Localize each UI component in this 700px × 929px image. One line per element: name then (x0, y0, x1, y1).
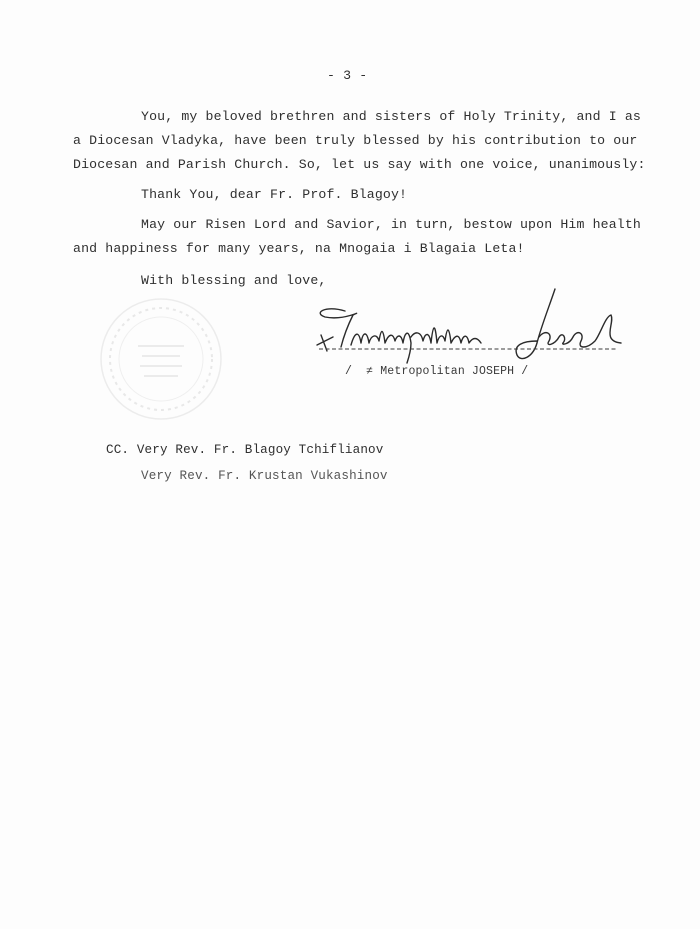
cc-recipient-1: CC. Very Rev. Fr. Blagoy Tchiflianov (106, 442, 383, 458)
paragraph-2: Thank You, dear Fr. Prof. Blagoy! (141, 187, 407, 203)
paragraph-1-line-2: a Diocesan Vladyka, have been truly bles… (73, 133, 637, 149)
paragraph-3-line-1: May our Risen Lord and Savior, in turn, … (141, 217, 641, 233)
page-number: - 3 - (327, 68, 367, 84)
paragraph-1-line-1: You, my beloved brethren and sisters of … (141, 109, 641, 125)
letter-page: - 3 - You, my beloved brethren and siste… (0, 0, 700, 929)
diocesan-seal-icon (98, 296, 224, 422)
typed-signature-name: / ≠ Metropolitan JOSEPH / (345, 364, 528, 380)
paragraph-3-line-2: and happiness for many years, na Mnogaia… (73, 241, 525, 257)
cc-recipient-2: Very Rev. Fr. Krustan Vukashinov (141, 468, 388, 484)
handwritten-signature (305, 287, 635, 367)
closing-salutation: With blessing and love, (141, 273, 326, 289)
paragraph-1-line-3: Diocesan and Parish Church. So, let us s… (73, 157, 646, 173)
